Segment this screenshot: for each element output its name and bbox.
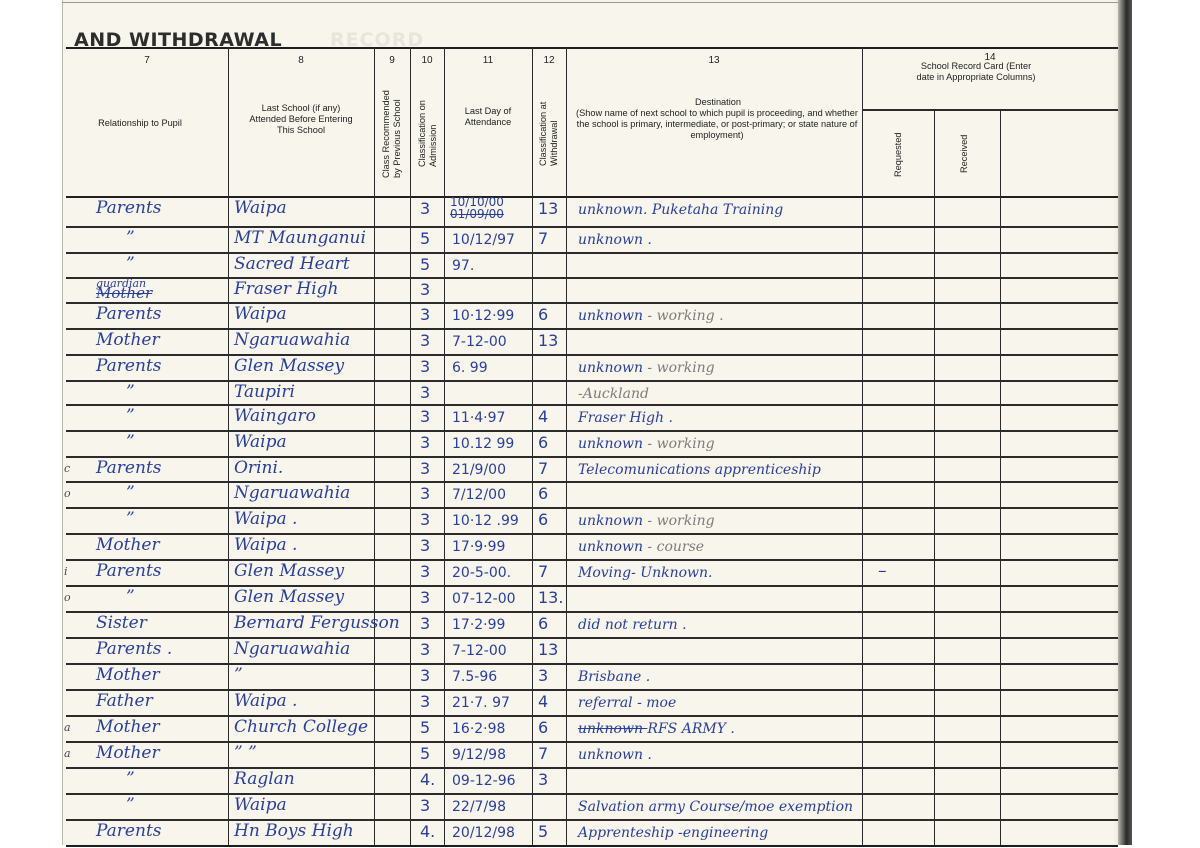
col-9-number: 9 [374, 55, 410, 66]
class-admission-cell: 3 [420, 640, 430, 660]
class-admission-cell: 5 [420, 718, 430, 738]
last-school-cell: Church College [234, 717, 368, 737]
col-12-header-line2: Withdrawal [549, 121, 560, 166]
last-school-cell: Glen Massey [234, 561, 344, 581]
class-withdrawal-cell: 6 [538, 433, 548, 453]
row-rule [66, 380, 1118, 382]
destination-cell: Fraser High . [578, 408, 673, 428]
class-admission-cell: 3 [420, 588, 430, 608]
last-day-cell: 22/7/98 [452, 797, 506, 817]
class-admission-cell: 3 [420, 562, 430, 582]
last-day-cell: 10.12 99 [452, 434, 514, 454]
column-rule [228, 47, 229, 845]
row-rule [66, 252, 1118, 254]
last-school-cell: Raglan [234, 769, 295, 789]
col-11-header: Last Day of Attendance [452, 106, 524, 128]
row-rule [66, 741, 1118, 743]
row-rule [66, 845, 1118, 847]
col-13-header-title: Destination [688, 97, 748, 108]
column-rule [566, 47, 567, 845]
row-rule [66, 559, 1118, 561]
column-rule [532, 47, 533, 845]
col-10-header-line1: Classification on [417, 100, 428, 167]
col-14-requested-header: Requested [893, 133, 904, 177]
book-spine [1118, 0, 1132, 845]
class-withdrawal-cell: 13. [538, 588, 563, 608]
last-day-cell: 07-12-00 [452, 589, 516, 609]
last-day-cell: 7-12-00 [452, 641, 507, 661]
col-7-number: 7 [66, 55, 228, 66]
last-school-cell: Glen Massey [234, 587, 344, 607]
margin-mark: o [64, 591, 71, 604]
last-school-cell: MT Maunganui [234, 228, 366, 248]
class-admission-cell: 3 [420, 536, 430, 556]
class-withdrawal-cell: 5 [538, 822, 548, 842]
class-withdrawal-cell: 6 [538, 305, 548, 325]
relationship-cell: Parents [96, 356, 162, 376]
destination-pencil-note: - working [643, 436, 715, 452]
row-rule [66, 663, 1118, 665]
column-rule [934, 109, 935, 845]
col-14-header: School Record Card (Enter date in Approp… [916, 61, 1036, 83]
last-school-cell: Bernard Fergusson [234, 613, 400, 633]
class-admission-cell: 4. [420, 770, 435, 790]
destination-cell: unknown - working [578, 434, 715, 454]
destination-text: unknown [578, 513, 643, 529]
col-13-header-body: (Show name of next school to which pupil… [574, 108, 860, 141]
relationship-cell: Mother [96, 665, 160, 685]
last-day-cell: 10·12 .99 [452, 511, 519, 531]
row-rule [66, 819, 1118, 821]
class-withdrawal-cell: 6 [538, 510, 548, 530]
class-admission-cell: 3 [420, 510, 430, 530]
relationship-cell: ” [126, 254, 135, 274]
class-admission-cell: 5 [420, 229, 430, 249]
row-rule [66, 277, 1118, 279]
row-rule [66, 354, 1118, 356]
col-10-header-line2: Admission [428, 125, 439, 167]
relationship-cell: ” [126, 406, 135, 426]
relationship-cell: Father [96, 691, 153, 711]
row-rule [66, 767, 1118, 769]
page-top-edge [62, 2, 1118, 3]
class-admission-cell: 3 [420, 484, 430, 504]
last-school-cell: Waingaro [234, 406, 316, 426]
relationship-cell: Parents [96, 198, 162, 218]
destination-cell: did not return . [578, 615, 687, 635]
last-day-cell: 10·12·99 [452, 306, 514, 326]
class-admission-cell: 3 [420, 383, 430, 403]
class-withdrawal-cell: 3 [538, 666, 548, 686]
destination-pencil-note: - working . [643, 308, 724, 324]
relationship-cell: ” [126, 509, 135, 529]
destination-cell: unknown - working [578, 511, 715, 531]
relationship-cell: Parents [96, 821, 162, 841]
col-9-header-line2: by Previous School [392, 99, 403, 178]
column-rule [410, 47, 411, 845]
header-top-rule [66, 47, 1118, 49]
last-day-cell: 17·2·99 [452, 615, 505, 635]
destination-text: did not return . [578, 617, 687, 633]
class-admission-cell: 3 [420, 280, 430, 300]
row-rule [66, 430, 1118, 432]
col-8-header: Last School (if any) Attended Before Ent… [248, 103, 354, 136]
last-day-cell: 97. [452, 256, 474, 276]
class-admission-cell: 3 [420, 199, 430, 219]
class-admission-cell: 3 [420, 357, 430, 377]
class-admission-cell: 3 [420, 614, 430, 634]
destination-cell: Moving- Unknown. [578, 563, 713, 583]
relationship-cell: Mother [96, 743, 160, 763]
relationship-cell: ” [126, 382, 135, 402]
relationship-cell: Parents . [96, 639, 172, 659]
row-rule [66, 404, 1118, 406]
col-10-number: 10 [410, 55, 444, 66]
col-7-header: Relationship to Pupil [90, 118, 190, 129]
relationship-cell: ” [126, 795, 135, 815]
destination-cell: referral - moe [578, 693, 676, 713]
last-school-cell: Fraser High [234, 279, 338, 299]
row-rule [66, 793, 1118, 795]
destination-cell: unknown . [578, 230, 652, 250]
destination-pencil-note: - working [643, 513, 715, 529]
relationship-cell: Mother [96, 330, 160, 350]
class-admission-cell: 3 [420, 407, 430, 427]
last-school-cell: Ngaruawahia [234, 483, 350, 503]
last-school-cell: Taupiri [234, 382, 295, 402]
last-day-cell: 6. 99 [452, 358, 488, 378]
destination-cell: unknown . [578, 745, 652, 765]
destination-text: Fraser High . [578, 410, 673, 426]
row-rule [66, 226, 1118, 228]
column-rule [1000, 109, 1001, 845]
destination-text: referral - moe [578, 695, 676, 711]
class-admission-cell: 5 [420, 255, 430, 275]
destination-text: unknown [578, 360, 643, 376]
row-rule [66, 507, 1118, 509]
row-rule [66, 585, 1118, 587]
relationship-cell: Parents [96, 458, 162, 478]
class-admission-cell: 5 [420, 744, 430, 764]
class-admission-cell: 3 [420, 796, 430, 816]
row-rule [66, 637, 1118, 639]
destination-struck-text: unknown [578, 721, 647, 737]
last-day-cell: 20/12/98 [452, 823, 515, 843]
col-12-header-line1: Classification at [538, 102, 549, 166]
col-14-subheader-rule [862, 109, 1118, 111]
row-rule [66, 715, 1118, 717]
relationship-cell: ” [126, 587, 135, 607]
relationship-cell: Parents [96, 304, 162, 324]
last-school-cell: Ngaruawahia [234, 330, 350, 350]
last-school-cell: Waipa . [234, 509, 297, 529]
last-school-cell: ” [234, 665, 243, 685]
relationship-cell: Parents [96, 561, 162, 581]
margin-mark: o [64, 487, 71, 500]
last-day-cell: 7.5-96 [452, 667, 497, 687]
class-withdrawal-cell: 13 [538, 199, 558, 219]
last-school-cell: Sacred Heart [234, 254, 350, 274]
row-rule [66, 328, 1118, 330]
relationship-correction: guardian [96, 274, 146, 294]
destination-text: Brisbane . [578, 669, 650, 685]
row-rule [66, 302, 1118, 304]
last-school-cell: Orini. [234, 458, 283, 478]
destination-text: Telecomunications apprenticeship [578, 462, 821, 478]
class-withdrawal-cell: 3 [538, 770, 548, 790]
class-withdrawal-cell: 6 [538, 718, 548, 738]
last-day-cell: 7/12/00 [452, 485, 506, 505]
class-admission-cell: 3 [420, 433, 430, 453]
destination-cell: unknown - course [578, 537, 704, 557]
last-day-cell: 01/09/00 [450, 204, 504, 224]
relationship-cell: Mother [96, 717, 160, 737]
last-day-cell: 7-12-00 [452, 332, 507, 352]
destination-cell: unknown. Puketaha Training [578, 200, 783, 220]
class-admission-cell: 3 [420, 305, 430, 325]
destination-pencil-note: - course [643, 539, 704, 555]
class-withdrawal-cell: 6 [538, 484, 548, 504]
last-school-cell: Waipa [234, 795, 287, 815]
last-day-cell: 20-5-00. [452, 563, 511, 583]
destination-cell: Salvation army Course/moe exemption [578, 797, 853, 817]
destination-text: unknown . [578, 232, 652, 248]
margin-mark: a [64, 721, 71, 734]
column-rule [374, 47, 375, 845]
destination-text: unknown . [578, 747, 652, 763]
class-withdrawal-cell: 7 [538, 562, 548, 582]
destination-cell: unknown - working [578, 358, 715, 378]
destination-text: Apprenteship -engineering [578, 825, 768, 841]
destination-text: unknown [578, 436, 643, 452]
relationship-cell: ” [126, 483, 135, 503]
col-14-received-header: Received [959, 135, 970, 173]
col-12-number: 12 [532, 55, 566, 66]
class-admission-cell: 4. [420, 822, 435, 842]
row-rule [66, 533, 1118, 535]
row-rule [66, 611, 1118, 613]
class-withdrawal-cell: 13 [538, 640, 558, 660]
destination-pencil-note: - working [643, 360, 715, 376]
column-rule [444, 47, 445, 845]
destination-text: Moving- Unknown. [578, 565, 713, 581]
relationship-cell: ” [126, 228, 135, 248]
last-school-cell: ” ” [234, 743, 257, 763]
column-rule [862, 47, 863, 845]
last-school-cell: Ngaruawahia [234, 639, 350, 659]
last-day-cell: 09-12-96 [452, 771, 516, 791]
class-admission-cell: 3 [420, 666, 430, 686]
last-day-cell: 16·2·98 [452, 719, 505, 739]
col-8-number: 8 [228, 55, 374, 66]
last-school-cell: Waipa [234, 432, 287, 452]
destination-cell: Telecomunications apprenticeship [578, 460, 821, 480]
last-day-cell: 17·9·99 [452, 537, 505, 557]
destination-text: unknown. Puketaha Training [578, 202, 783, 218]
class-admission-cell: 3 [420, 692, 430, 712]
relationship-cell: ” [126, 769, 135, 789]
last-school-cell: Glen Massey [234, 356, 344, 376]
destination-cell: -Auckland [578, 384, 649, 404]
row-rule [66, 689, 1118, 691]
relationship-cell: Sister [96, 613, 147, 633]
last-day-cell: 10/12/97 [452, 230, 515, 250]
row-rule [66, 456, 1118, 458]
destination-text: Salvation army Course/moe exemption [578, 799, 853, 815]
last-school-cell: Waipa [234, 304, 287, 324]
last-school-cell: Hn Boys High [234, 821, 354, 841]
destination-text: unknown [578, 539, 643, 555]
class-admission-cell: 3 [420, 459, 430, 479]
row-rule [66, 196, 1118, 198]
margin-mark: i [64, 565, 68, 578]
destination-cell: Brisbane . [578, 667, 650, 687]
relationship-cell: ” [126, 432, 135, 452]
col-11-number: 11 [444, 55, 532, 66]
class-withdrawal-cell: 4 [538, 407, 548, 427]
destination-text: unknown [578, 308, 643, 324]
relationship-cell: Mother [96, 535, 160, 555]
class-admission-cell: 3 [420, 331, 430, 351]
class-withdrawal-cell: 7 [538, 459, 548, 479]
class-withdrawal-cell: 4 [538, 692, 548, 712]
last-school-cell: Waipa [234, 198, 287, 218]
destination-text: RFS ARMY . [647, 721, 734, 737]
col-9-header-line1: Class Recommended [381, 90, 392, 178]
last-day-cell: 9/12/98 [452, 745, 506, 765]
class-withdrawal-cell: 7 [538, 229, 548, 249]
row-rule [66, 481, 1118, 483]
class-withdrawal-cell: 13 [538, 331, 558, 351]
record-card-requested-cell: – [878, 561, 887, 581]
margin-mark: a [64, 747, 71, 760]
col-13-number: 13 [566, 55, 862, 66]
destination-cell: Apprenteship -engineering [578, 823, 768, 843]
last-school-cell: Waipa . [234, 691, 297, 711]
destination-pencil-note: -Auckland [578, 386, 649, 402]
last-day-cell: 21·7. 97 [452, 693, 510, 713]
margin-mark: c [64, 462, 70, 475]
last-day-cell: 21/9/00 [452, 460, 506, 480]
class-withdrawal-cell: 6 [538, 614, 548, 634]
class-withdrawal-cell: 7 [538, 744, 548, 764]
last-school-cell: Waipa . [234, 535, 297, 555]
destination-cell: unknown RFS ARMY . [578, 719, 735, 739]
destination-cell: unknown - working . [578, 306, 724, 326]
last-day-cell: 11·4·97 [452, 408, 505, 428]
